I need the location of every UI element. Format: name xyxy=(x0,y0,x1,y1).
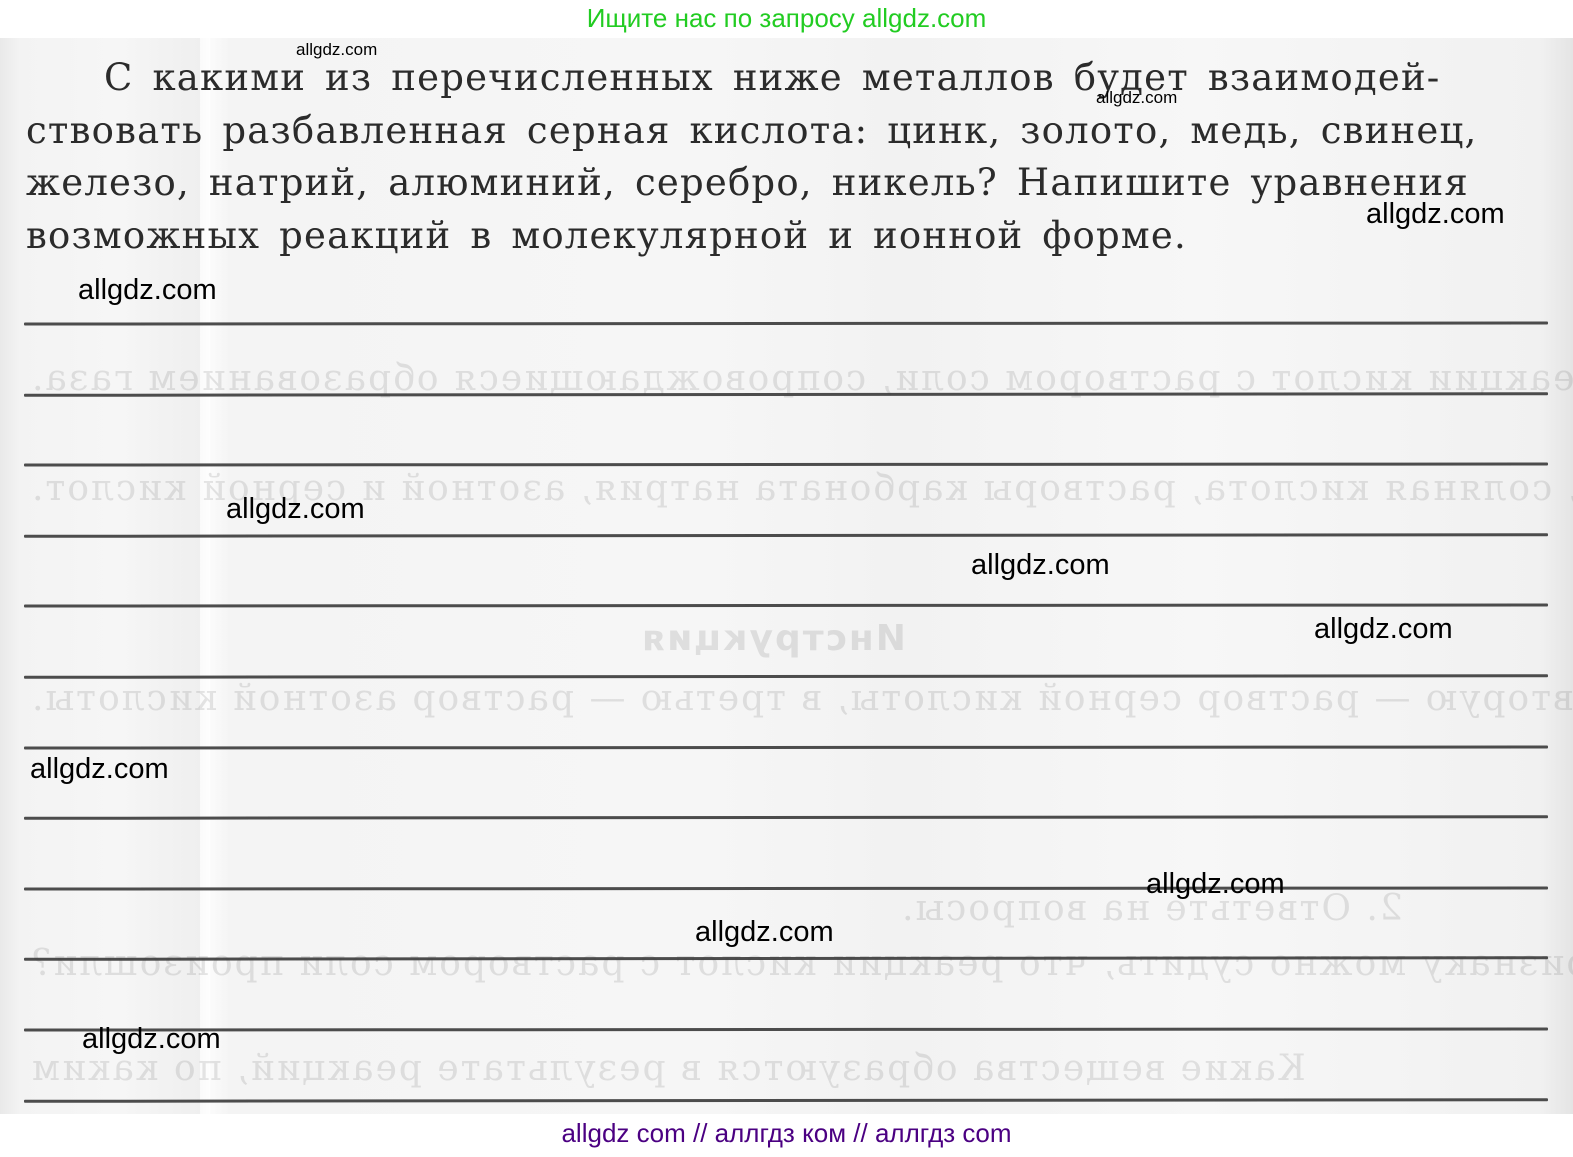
watermark: allgdz.com xyxy=(1314,613,1453,646)
watermark: allgdz.com xyxy=(695,916,834,949)
search-hint-text: Ищите нас по запросу allgdz.com xyxy=(587,3,987,33)
watermark: allgdz.com xyxy=(1146,868,1285,901)
answer-blank-line xyxy=(24,674,1548,679)
answer-blank-line xyxy=(24,886,1548,890)
top-banner: Ищите нас по запросу allgdz.com xyxy=(0,0,1573,38)
question-line: С какими из перечисленных ниже металлов … xyxy=(26,52,1548,105)
answer-blank-line xyxy=(24,604,1548,608)
answer-blank-line xyxy=(24,815,1548,820)
watermark: allgdz.com xyxy=(1096,88,1177,108)
answer-blank-line xyxy=(24,533,1548,538)
watermark: allgdz.com xyxy=(971,549,1110,582)
answer-blank-line xyxy=(24,321,1548,325)
answer-blank-line xyxy=(24,392,1548,397)
answer-blank-line xyxy=(24,1098,1548,1103)
question-line: железо, натрий, алюминий, серебро, никел… xyxy=(26,157,1548,210)
bottom-banner: allgdz com // аллгдз ком // аллгдз com xyxy=(0,1114,1573,1157)
ghost-text-line: По какому признаку можно судить, что реа… xyxy=(30,943,1573,984)
site-name-text: allgdz com // аллгдз ком // аллгдз com xyxy=(561,1118,1011,1148)
ghost-text-line: 1. В три пробирки налейте по 2 мл раство… xyxy=(30,678,1573,719)
watermark: allgdz.com xyxy=(226,493,365,526)
question-text: С какими из перечисленных ниже металлов … xyxy=(26,52,1548,262)
watermark: allgdz.com xyxy=(296,40,377,60)
watermark: allgdz.com xyxy=(30,753,169,786)
ghost-text-heading: Инструкция xyxy=(640,618,906,659)
watermark: allgdz.com xyxy=(82,1023,221,1056)
answer-blank-line xyxy=(24,463,1548,467)
question-line: возможных реакций в молекулярной и ионно… xyxy=(26,210,1548,263)
answer-blank-line xyxy=(24,1027,1548,1031)
answer-blank-line xyxy=(24,957,1548,962)
textbook-page-scan: Цель: провести реакции кислот с растворо… xyxy=(0,38,1573,1114)
answer-blank-line xyxy=(24,745,1548,749)
watermark: allgdz.com xyxy=(1366,198,1505,231)
ghost-text-line: Какие вещества образуются в результате р… xyxy=(30,1048,1306,1089)
question-line: ствовать разбавленная серная кислота: ци… xyxy=(26,105,1548,158)
watermark: allgdz.com xyxy=(78,274,217,307)
